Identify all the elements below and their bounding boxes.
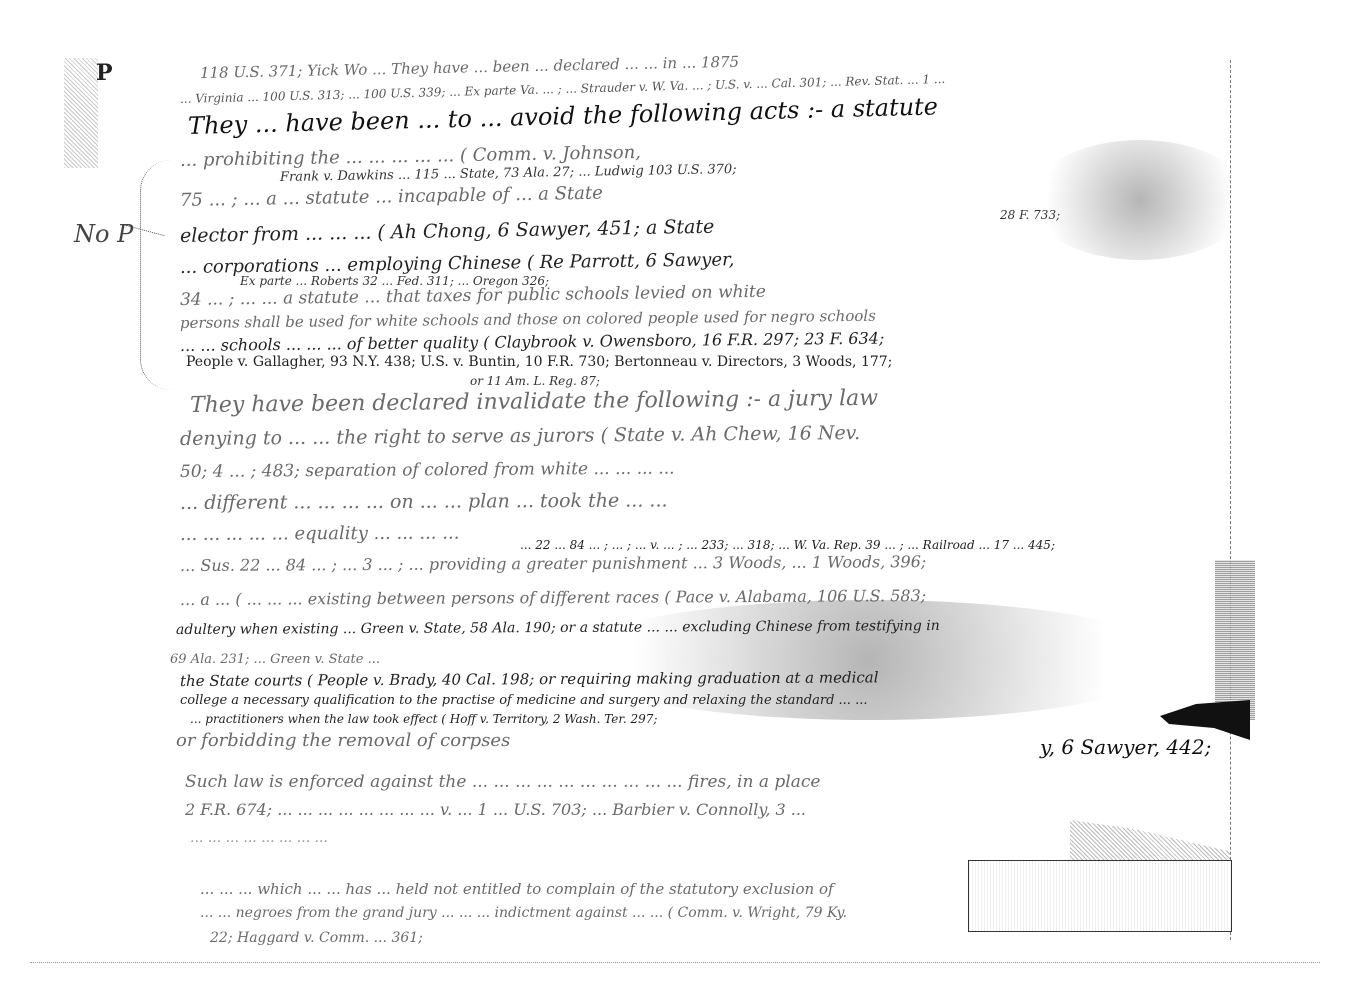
text-line: Such law is enforced against the ... ...…: [185, 772, 820, 792]
paper-edge-bottom: [30, 962, 1320, 964]
text-line: ... ... negroes from the grand jury ... …: [200, 905, 847, 921]
paper-fold-shading: [1070, 820, 1230, 865]
text-line: the State courts ( People v. Brady, 40 C…: [180, 668, 879, 690]
right-citation: y, 6 Sawyer, 442;: [1040, 735, 1211, 759]
interlined-citation: ... 22 ... 84 ... ; ... ; ... v. ... ; .…: [520, 538, 1055, 552]
text-line: elector from ... ... ... ( Ah Chong, 6 S…: [180, 216, 715, 247]
text-line: ... different ... ... ... ... on ... ...…: [180, 489, 668, 514]
inserted-citation: 28 F. 733;: [1000, 208, 1060, 222]
text-line: ... ... schools ... ... ... of better qu…: [180, 329, 885, 355]
scan-smudge: [1030, 140, 1250, 260]
pasted-slip: [968, 860, 1232, 932]
manuscript-page: P No P 118 U.S. 371; Yick Wo ... They ha…: [0, 0, 1345, 1000]
text-line: 2 F.R. 674; ... ... ... ... ... ... ... …: [185, 800, 806, 819]
text-line: 75 ... ; ... a ... statute ... incapable…: [180, 183, 603, 211]
text-line: denying to ... ... the right to serve as…: [180, 422, 860, 450]
text-line: ... a ... ( ... ... ... existing between…: [180, 586, 926, 609]
text-line: ... ... ... ... ... ... ... ...: [190, 830, 328, 846]
text-line: They have been declared invalidate the f…: [190, 386, 878, 418]
corner-page-mark: P: [96, 60, 113, 86]
margin-note: No P: [74, 220, 133, 248]
torn-corner-shading: [1215, 560, 1255, 720]
citation-line: People v. Gallagher, 93 N.Y. 438; U.S. v…: [186, 354, 892, 370]
text-line: ... practitioners when the law took effe…: [190, 712, 657, 726]
text-line: college a necessary qualification to the…: [180, 693, 867, 708]
citation-line: 69 Ala. 231; ... Green v. State ...: [170, 652, 380, 667]
citation-line: 22; Haggard v. Comm. ... 361;: [210, 930, 423, 946]
text-line: 50; 4 ... ; 483; separation of colored f…: [180, 459, 675, 482]
text-line: persons shall be used for white schools …: [180, 307, 876, 332]
text-line: or forbidding the removal of corpses: [176, 730, 510, 751]
text-line: ... ... ... ... ... equality ... ... ...…: [180, 523, 460, 545]
text-line: ... Sus. 22 ... 84 ... ; ... 3 ... ; ...…: [180, 552, 926, 575]
text-line: ... ... ... which ... ... has ... held n…: [200, 880, 834, 898]
text-line: 118 U.S. 371; Yick Wo ... They have ... …: [200, 53, 739, 82]
scan-shadow-left: [64, 58, 98, 168]
margin-brace: [140, 160, 171, 390]
ink-blot: [1160, 700, 1250, 740]
inserted-citation: or 11 Am. L. Reg. 87;: [470, 374, 600, 388]
